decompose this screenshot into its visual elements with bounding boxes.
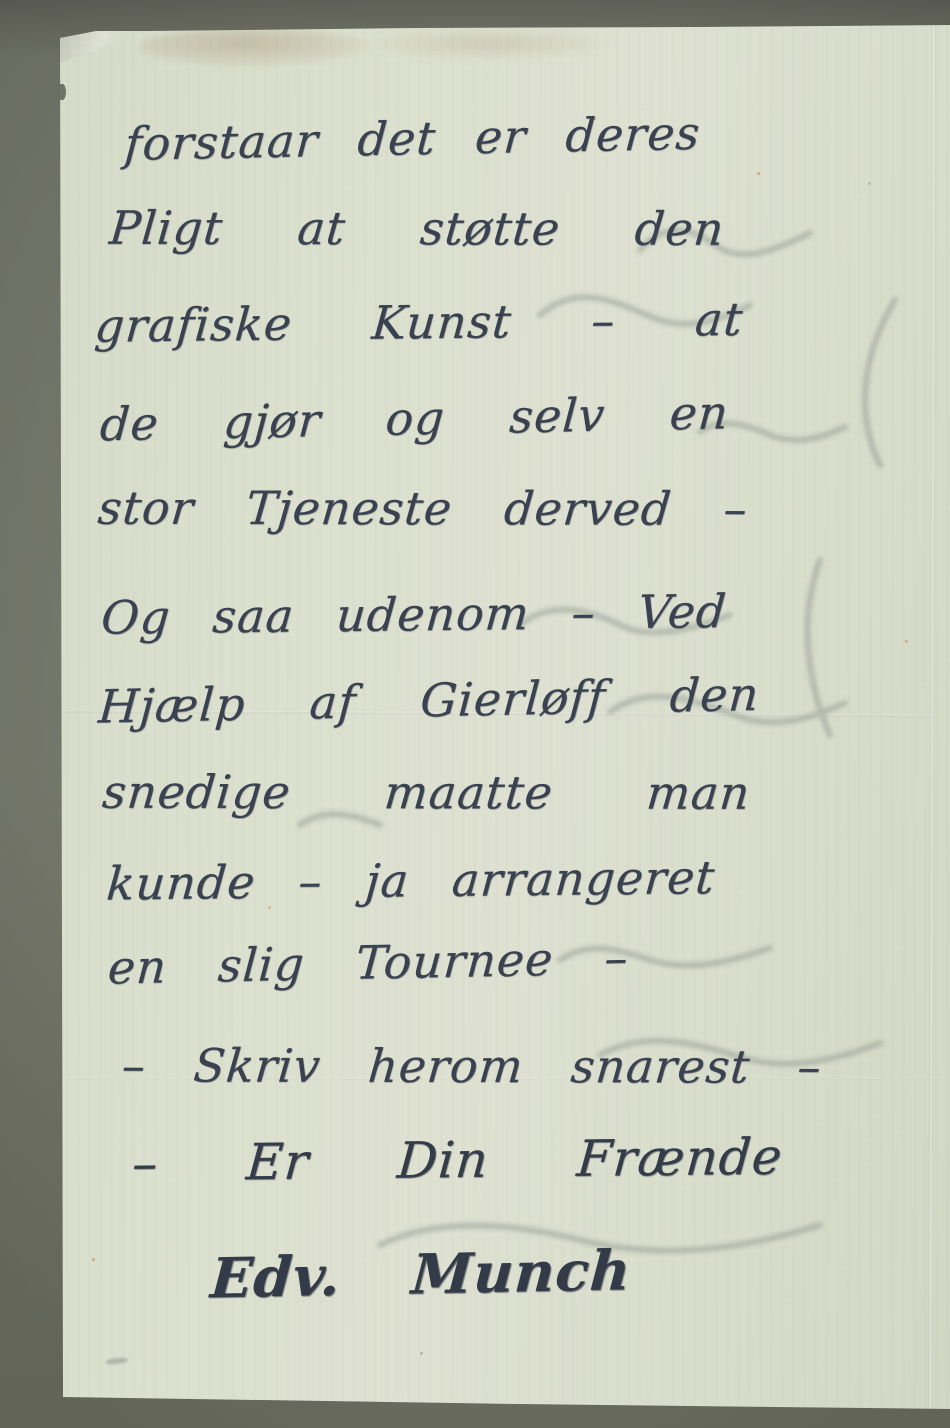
letter-line: Og saa udenom – Ved bbox=[99, 585, 728, 644]
letter-line: grafiske Kunst – at bbox=[93, 293, 745, 353]
letter-photo: forstaar det er deres Pligt at støtte de… bbox=[0, 0, 950, 1428]
letter-line: forstaar det er deres bbox=[123, 107, 702, 171]
letter-text: forstaar det er deres Pligt at støtte de… bbox=[0, 0, 950, 1428]
letter-line: stor Tjeneste derved – bbox=[96, 482, 750, 536]
letter-paper: forstaar det er deres Pligt at støtte de… bbox=[0, 0, 950, 1428]
letter-line: snedige maatte man bbox=[100, 766, 752, 820]
letter-line: Pligt at støtte den bbox=[107, 202, 726, 256]
letter-line: en slig Tournee – bbox=[106, 932, 630, 995]
signature: Edv. Munch bbox=[209, 1238, 634, 1309]
letter-closing-line: – Er Din Frænde bbox=[130, 1129, 785, 1193]
ink-speck-dots bbox=[0, 0, 3, 3]
letter-line: kunde – ja arrangeret bbox=[105, 851, 717, 910]
letter-line: – Skriv herom snarest – bbox=[120, 1039, 824, 1093]
letter-line: de gjør og selv en bbox=[98, 386, 730, 451]
letter-line: Hjælp af Gierløff den bbox=[97, 668, 761, 734]
